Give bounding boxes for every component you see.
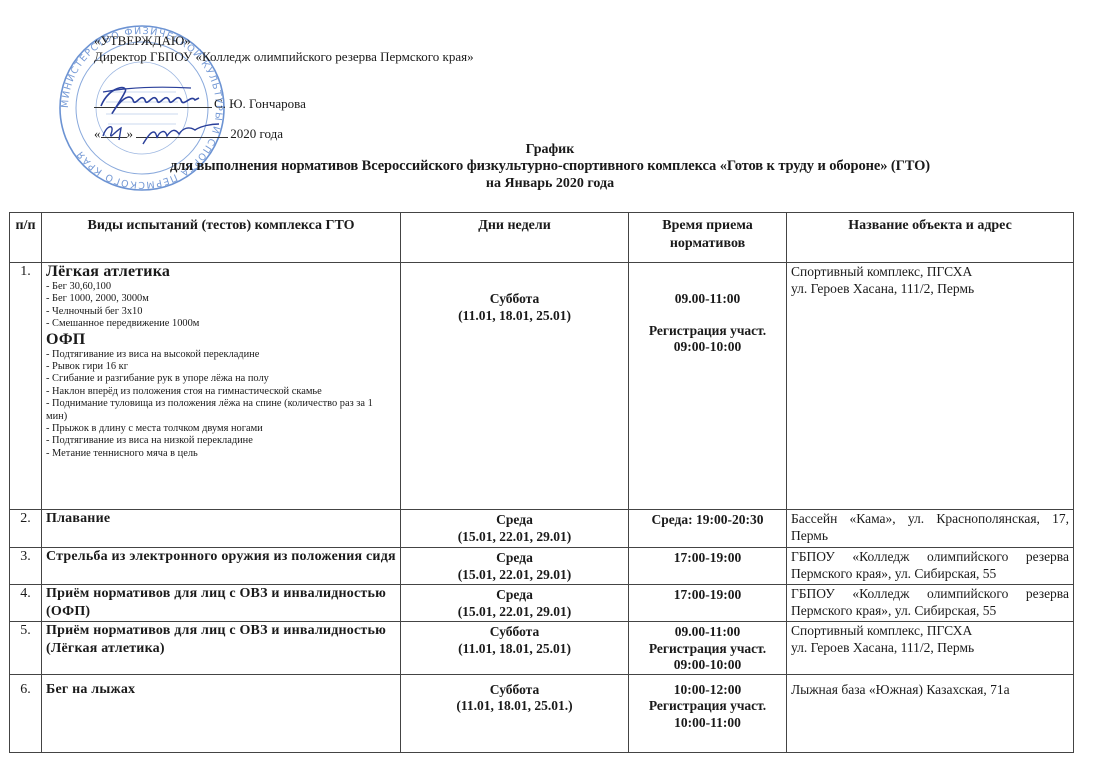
registration-label: Регистрация участ. xyxy=(633,641,782,658)
row-days: Суббота (11.01, 18.01, 25.01) xyxy=(401,622,629,675)
approval-date: «» 2020 года xyxy=(94,126,283,142)
table-row: 1. Лёгкая атлетика - Бег 30,60,100 - Бег… xyxy=(10,263,1074,510)
table-header-row: п/п Виды испытаний (тестов) комплекса ГТ… xyxy=(10,213,1074,263)
header-time: Время приема нормативов xyxy=(629,213,787,263)
row-days: Среда (15.01, 22.01, 29.01) xyxy=(401,585,629,622)
row-num: 6. xyxy=(10,674,42,752)
section-athletics: Лёгкая атлетика xyxy=(46,263,396,281)
registration-time: 09:00-10:00 xyxy=(633,339,782,356)
place-address: ул. Героев Хасана, 111/2, Пермь xyxy=(791,280,1069,297)
row-test: Приём нормативов для лиц с ОВЗ и инвалид… xyxy=(42,622,401,675)
time-range: 09.00-11:00 xyxy=(633,624,782,641)
row-days: Среда (15.01, 22.01, 29.01) xyxy=(401,548,629,585)
row-test: Бег на лыжах xyxy=(42,674,401,752)
day-dates: (15.01, 22.01, 29.01) xyxy=(405,567,624,584)
approval-block: «УТВЕРЖДАЮ» Директор ГБПОУ «Колледж олим… xyxy=(94,33,474,65)
row-place: Лыжная база «Южная) Казахская, 71а xyxy=(787,674,1074,752)
list-item: - Метание теннисного мяча в цель xyxy=(46,448,396,460)
row-num: 5. xyxy=(10,622,42,675)
list-item: - Смешанное передвижение 1000м xyxy=(46,318,396,330)
row-num: 2. xyxy=(10,510,42,548)
list-item: - Подтягивание из виса на низкой перекла… xyxy=(46,435,396,447)
date-year: 2020 года xyxy=(230,126,283,141)
place-address: ул. Героев Хасана, 111/2, Пермь xyxy=(791,639,1069,656)
row-test: Стрельба из электронного оружия из полож… xyxy=(42,548,401,585)
list-item: - Подтягивание из виса на высокой перекл… xyxy=(46,349,396,361)
row-num: 1. xyxy=(10,263,42,510)
title-period: на Январь 2020 года xyxy=(0,175,1100,192)
registration-label: Регистрация участ. xyxy=(633,323,782,340)
row-num: 3. xyxy=(10,548,42,585)
row-time: 17:00-19:00 xyxy=(629,585,787,622)
row-place: Спортивный комплекс, ПГСХА ул. Героев Ха… xyxy=(787,263,1074,510)
table-row: 2. Плавание Среда (15.01, 22.01, 29.01) … xyxy=(10,510,1074,548)
row-time: 09.00-11:00 Регистрация участ. 09:00-10:… xyxy=(629,622,787,675)
row-place: Спортивный комплекс, ПГСХА ул. Героев Ха… xyxy=(787,622,1074,675)
list-item: - Наклон вперёд из положения стоя на гим… xyxy=(46,386,396,398)
date-month-blank xyxy=(136,137,228,138)
table-row: 6. Бег на лыжах Суббота (11.01, 18.01, 2… xyxy=(10,674,1074,752)
schedule-table: п/п Виды испытаний (тестов) комплекса ГТ… xyxy=(9,212,1074,753)
date-day-blank xyxy=(101,137,127,138)
list-item: - Бег 30,60,100 xyxy=(46,281,396,293)
header-place: Название объекта и адрес xyxy=(787,213,1074,263)
place-name: Спортивный комплекс, ПГСХА xyxy=(791,263,1069,280)
signature-blank xyxy=(94,107,212,108)
list-item: - Рывок гири 16 кг xyxy=(46,361,396,373)
row-time: Среда: 19:00-20:30 xyxy=(629,510,787,548)
row-place: ГБПОУ «Колледж олимпийского резерва Перм… xyxy=(787,548,1074,585)
list-item: - Сгибание и разгибание рук в упоре лёжа… xyxy=(46,373,396,385)
title-subtitle: для выполнения нормативов Всероссийского… xyxy=(0,158,1100,175)
row-days: Суббота (11.01, 18.01, 25.01.) xyxy=(401,674,629,752)
row-test: Лёгкая атлетика - Бег 30,60,100 - Бег 10… xyxy=(42,263,401,510)
day-name: Суббота xyxy=(405,624,624,641)
registration-time: 09:00-10:00 xyxy=(633,657,782,674)
title-main: График xyxy=(0,141,1100,158)
table-row: 5. Приём нормативов для лиц с ОВЗ и инва… xyxy=(10,622,1074,675)
place-name: Спортивный комплекс, ПГСХА xyxy=(791,622,1069,639)
ofp-tests-list: - Подтягивание из виса на высокой перекл… xyxy=(46,349,396,461)
document-title: График для выполнения нормативов Всеросс… xyxy=(0,141,1100,192)
time-range: 10:00-12:00 xyxy=(633,682,782,699)
list-item: - Челночный бег 3х10 xyxy=(46,306,396,318)
day-dates: (11.01, 18.01, 25.01) xyxy=(405,308,624,325)
row-time: 17:00-19:00 xyxy=(629,548,787,585)
row-days: Суббота (11.01, 18.01, 25.01) xyxy=(401,263,629,510)
row-days: Среда (15.01, 22.01, 29.01) xyxy=(401,510,629,548)
list-item: - Прыжок в длину с места толчком двумя н… xyxy=(46,423,396,435)
day-dates: (11.01, 18.01, 25.01) xyxy=(405,641,624,658)
athletics-tests-list: - Бег 30,60,100 - Бег 1000, 2000, 3000м … xyxy=(46,281,396,331)
list-item: - Бег 1000, 2000, 3000м xyxy=(46,293,396,305)
header-days: Дни недели xyxy=(401,213,629,263)
header-test: Виды испытаний (тестов) комплекса ГТО xyxy=(42,213,401,263)
header-num: п/п xyxy=(10,213,42,263)
row-num: 4. xyxy=(10,585,42,622)
list-item: - Поднимание туловища из положения лёжа … xyxy=(46,398,396,423)
signer-name: С. Ю. Гончарова xyxy=(214,96,306,111)
day-name: Среда xyxy=(405,512,624,529)
row-test: Приём нормативов для лиц с ОВЗ и инвалид… xyxy=(42,585,401,622)
table-row: 4. Приём нормативов для лиц с ОВЗ и инва… xyxy=(10,585,1074,622)
row-place: Бассейн «Кама», ул. Краснополянская, 17,… xyxy=(787,510,1074,548)
signature-line: С. Ю. Гончарова xyxy=(94,96,306,112)
row-place: ГБПОУ «Колледж олимпийского резерва Перм… xyxy=(787,585,1074,622)
registration-label: Регистрация участ. xyxy=(633,698,782,715)
section-ofp: ОФП xyxy=(46,331,396,349)
day-name: Суббота xyxy=(405,291,624,308)
row-time: 10:00-12:00 Регистрация участ. 10:00-11:… xyxy=(629,674,787,752)
approval-heading: «УТВЕРЖДАЮ» xyxy=(94,33,474,49)
day-dates: (11.01, 18.01, 25.01.) xyxy=(405,698,624,715)
day-name: Суббота xyxy=(405,682,624,699)
time-range: 09.00-11:00 xyxy=(633,291,782,308)
day-dates: (15.01, 22.01, 29.01) xyxy=(405,529,624,546)
row-test: Плавание xyxy=(42,510,401,548)
day-name: Среда xyxy=(405,550,624,567)
registration-time: 10:00-11:00 xyxy=(633,715,782,732)
day-dates: (15.01, 22.01, 29.01) xyxy=(405,604,624,621)
approval-position: Директор ГБПОУ «Колледж олимпийского рез… xyxy=(94,49,474,65)
row-time: 09.00-11:00 Регистрация участ. 09:00-10:… xyxy=(629,263,787,510)
table-row: 3. Стрельба из электронного оружия из по… xyxy=(10,548,1074,585)
day-name: Среда xyxy=(405,587,624,604)
